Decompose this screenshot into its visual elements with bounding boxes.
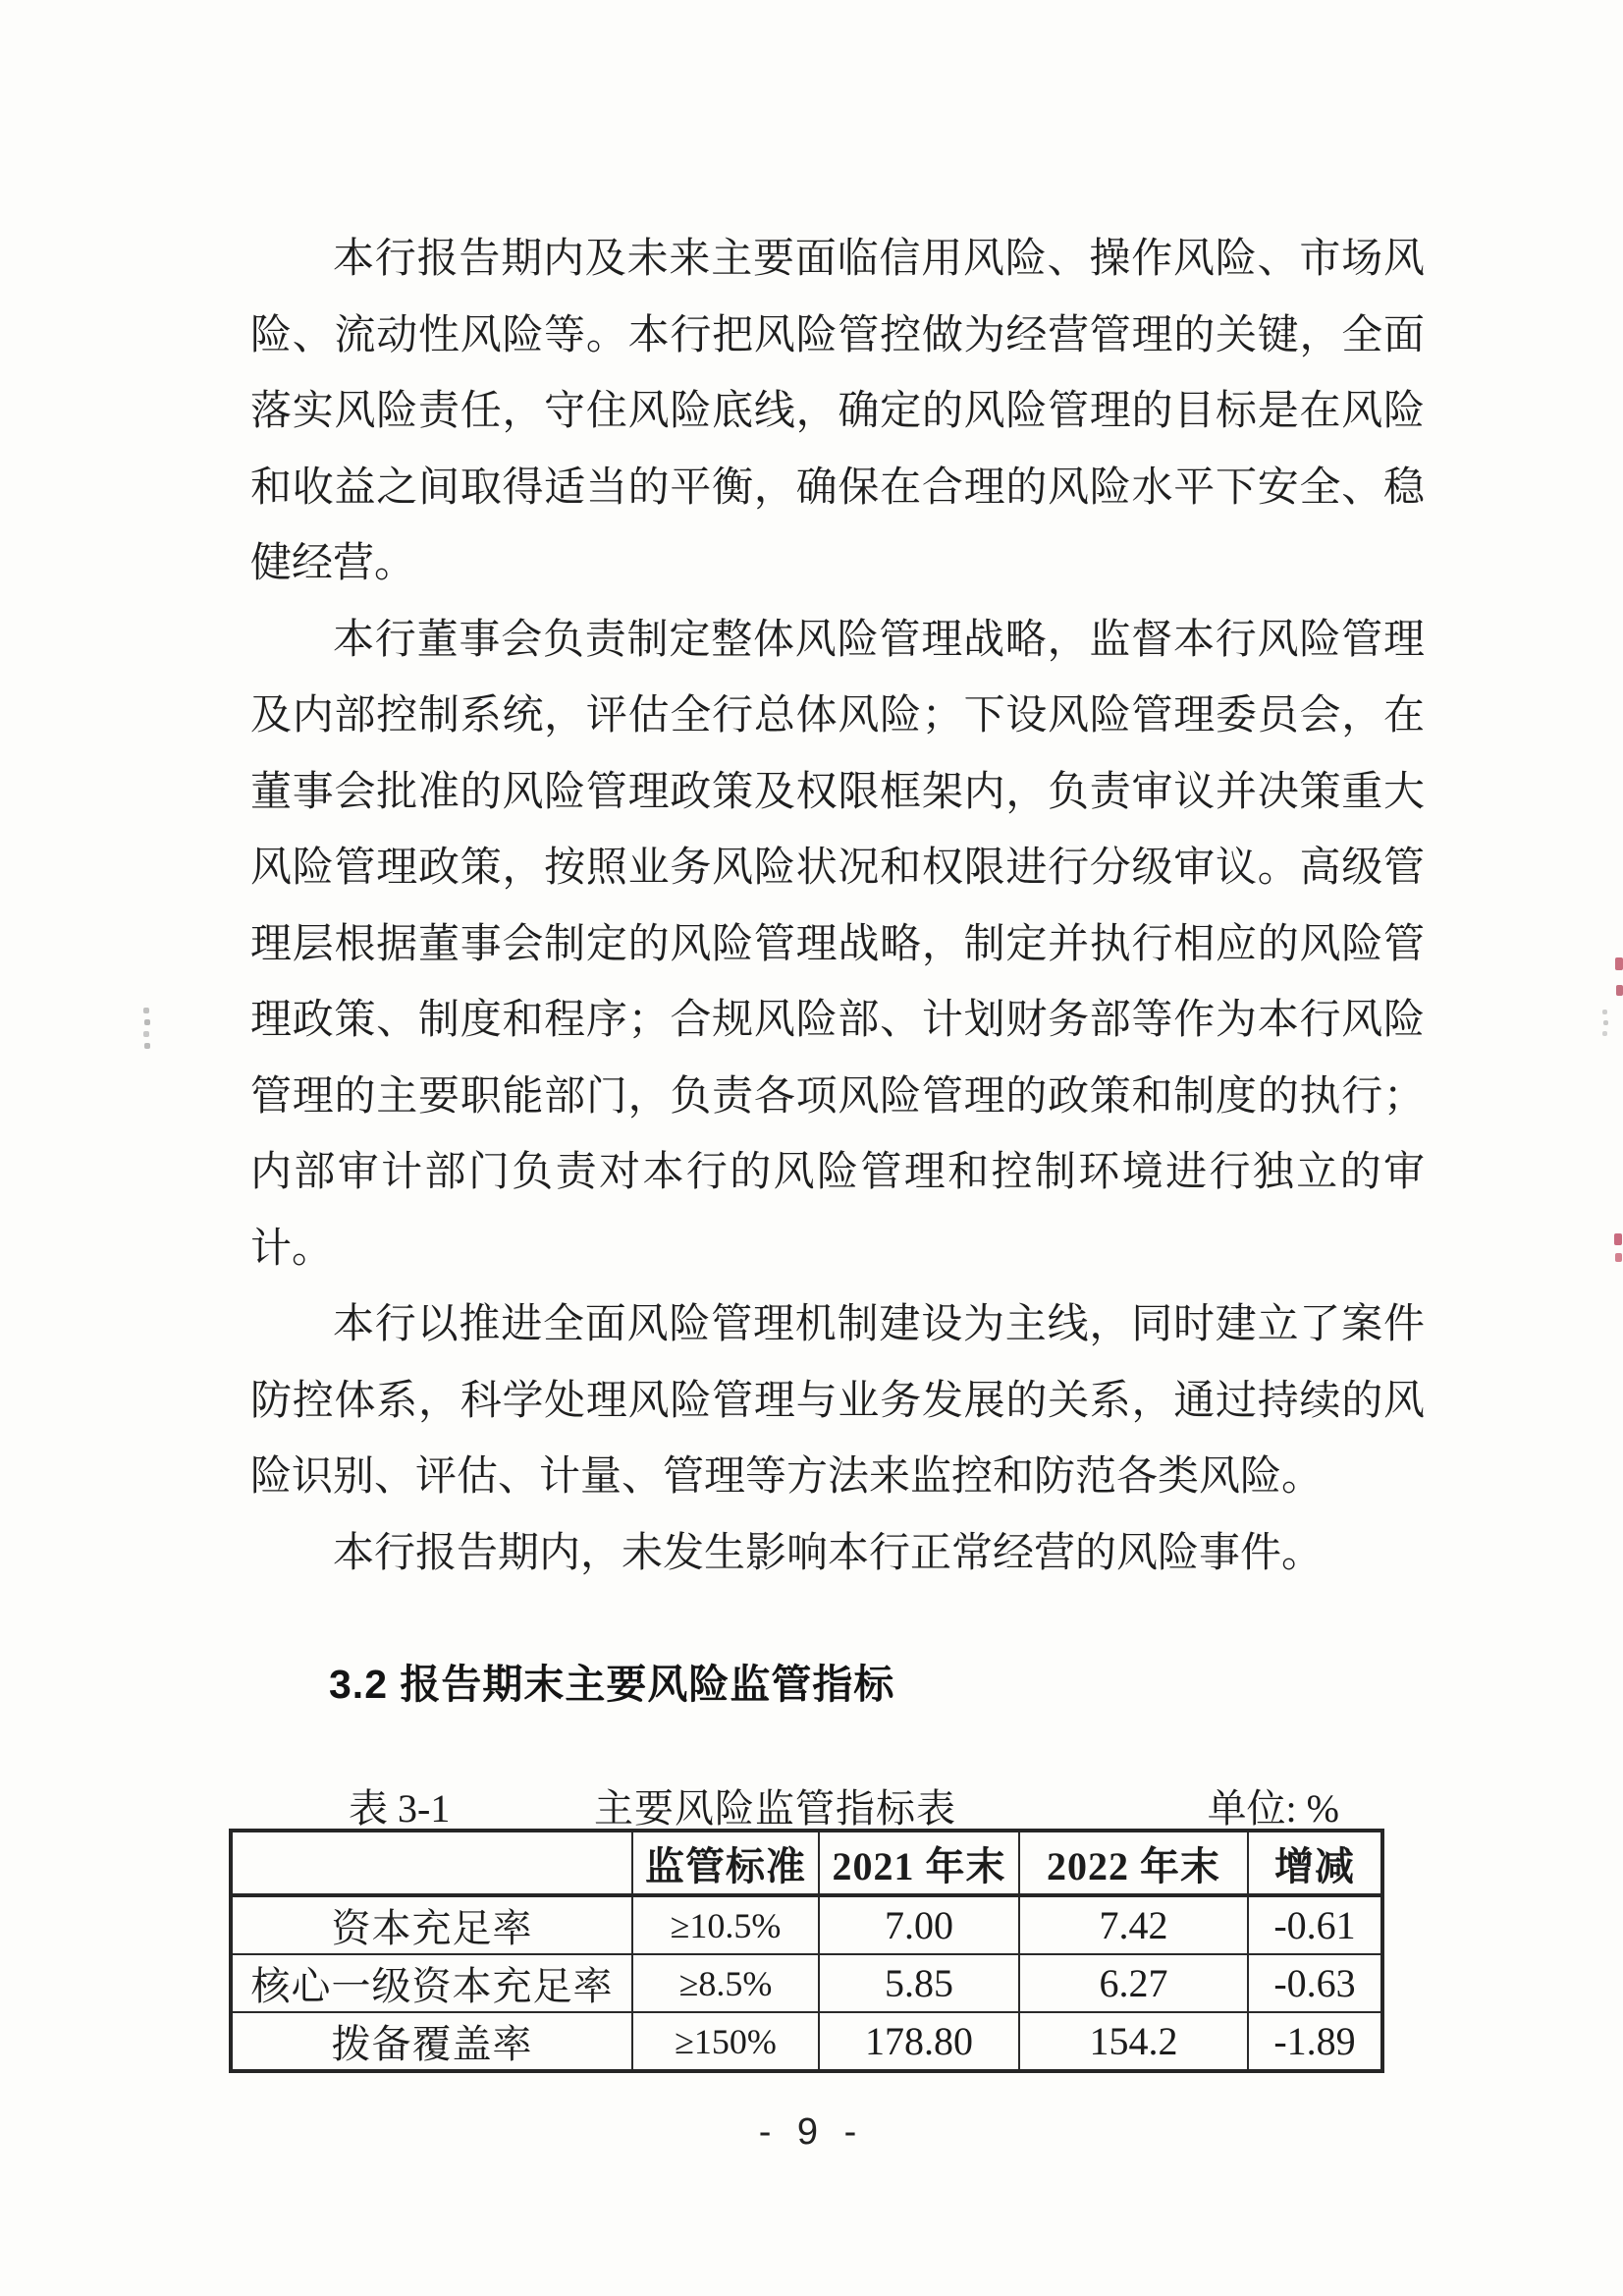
row-standard: ≥10.5%	[632, 1895, 819, 1954]
row-2021-value: 178.80	[819, 2012, 1019, 2071]
scan-artifact-red	[1615, 1253, 1622, 1262]
row-change-value: -0.61	[1248, 1895, 1382, 1954]
row-2021-value: 5.85	[819, 1954, 1019, 2012]
paragraph-line: 健经营。	[250, 526, 1425, 603]
row-change-value: -1.89	[1248, 2012, 1382, 2071]
paragraph-line: 管理的主要职能部门，负责各项风险管理的政策和制度的执行；	[250, 1060, 1425, 1136]
table-row: 拨备覆盖率 ≥150% 178.80 154.2 -1.89	[231, 2012, 1382, 2071]
header-cell-2021: 2021 年末	[819, 1831, 1019, 1895]
scan-artifact-dots	[1602, 1010, 1607, 1014]
row-label: 核心一级资本充足率	[231, 1954, 632, 2012]
paragraph-line: 计。	[250, 1212, 1425, 1288]
row-standard: ≥150%	[632, 2012, 819, 2071]
paragraph-line: 及内部控制系统，评估全行总体风险；下设风险管理委员会，在	[250, 679, 1425, 755]
table-title: 主要风险监管指标表	[594, 1777, 956, 1833]
table-header-row: 监管标准 2021 年末 2022 年末 增减	[231, 1831, 1382, 1895]
row-standard: ≥8.5%	[632, 1954, 819, 2012]
header-cell-2022: 2022 年末	[1019, 1831, 1248, 1895]
paragraph-line: 内部审计部门负责对本行的风险管理和控制环境进行独立的审	[250, 1135, 1425, 1212]
paragraph-line: 本行报告期内及未来主要面临信用风险、操作风险、市场风	[250, 222, 1425, 299]
scan-artifact-dots	[143, 1008, 149, 1013]
paragraph-line: 董事会批准的风险管理政策及权限框架内，负责审议并决策重大	[250, 755, 1425, 832]
body-text: 本行报告期内及未来主要面临信用风险、操作风险、市场风 险、流动性风险等。本行把风…	[250, 222, 1425, 1592]
paragraph-line: 本行以推进全面风险管理机制建设为主线，同时建立了案件	[250, 1287, 1425, 1364]
row-2022-value: 6.27	[1019, 1954, 1248, 2012]
row-label: 资本充足率	[231, 1895, 632, 1954]
paragraph-line: 险、流动性风险等。本行把风险管控做为经营管理的关键，全面	[250, 299, 1425, 375]
document-page: 本行报告期内及未来主要面临信用风险、操作风险、市场风 险、流动性风险等。本行把风…	[0, 0, 1623, 2296]
paragraph-line: 理政策、制度和程序；合规风险部、计划财务部等作为本行风险	[250, 983, 1425, 1060]
row-2022-value: 7.42	[1019, 1895, 1248, 1954]
paragraph-line: 理层根据董事会制定的风险管理战略，制定并执行相应的风险管	[250, 907, 1425, 984]
scan-artifact-red	[1615, 957, 1623, 970]
table-caption: 表 3-1 主要风险监管指标表 单位: %	[229, 1777, 1380, 1827]
section-heading: 3.2 报告期末主要风险监管指标	[329, 1652, 894, 1710]
paragraph-line: 本行报告期内，未发生影响本行正常经营的风险事件。	[250, 1516, 1425, 1593]
table-label: 表 3-1	[349, 1777, 450, 1833]
scan-artifact-red	[1614, 1233, 1622, 1245]
row-2021-value: 7.00	[819, 1895, 1019, 1954]
table-row: 核心一级资本充足率 ≥8.5% 5.85 6.27 -0.63	[231, 1954, 1382, 2012]
row-2022-value: 154.2	[1019, 2012, 1248, 2071]
paragraph-line: 落实风险责任，守住风险底线，确定的风险管理的目标是在风险	[250, 374, 1425, 451]
paragraph-line: 防控体系，科学处理风险管理与业务发展的关系，通过持续的风	[250, 1364, 1425, 1441]
paragraph-line: 和收益之间取得适当的平衡，确保在合理的风险水平下安全、稳	[250, 451, 1425, 527]
paragraph-line: 本行董事会负责制定整体风险管理战略，监督本行风险管理	[250, 603, 1425, 680]
row-label: 拨备覆盖率	[231, 2012, 632, 2071]
paragraph-line: 险识别、评估、计量、管理等方法来监控和防范各类风险。	[250, 1440, 1425, 1516]
paragraph-line: 风险管理政策，按照业务风险状况和权限进行分级审议。高级管	[250, 831, 1425, 907]
header-cell-change: 增减	[1248, 1831, 1382, 1895]
risk-metrics-table: 监管标准 2021 年末 2022 年末 增减 资本充足率 ≥10.5% 7.0…	[229, 1829, 1384, 2073]
header-cell-standard: 监管标准	[632, 1831, 819, 1895]
row-change-value: -0.63	[1248, 1954, 1382, 2012]
scan-artifact-red	[1616, 985, 1623, 996]
table-unit: 单位: %	[1208, 1777, 1339, 1833]
page-number: - 9 -	[0, 2111, 1623, 2154]
table-row: 资本充足率 ≥10.5% 7.00 7.42 -0.61	[231, 1895, 1382, 1954]
header-cell-indicator	[231, 1831, 632, 1895]
